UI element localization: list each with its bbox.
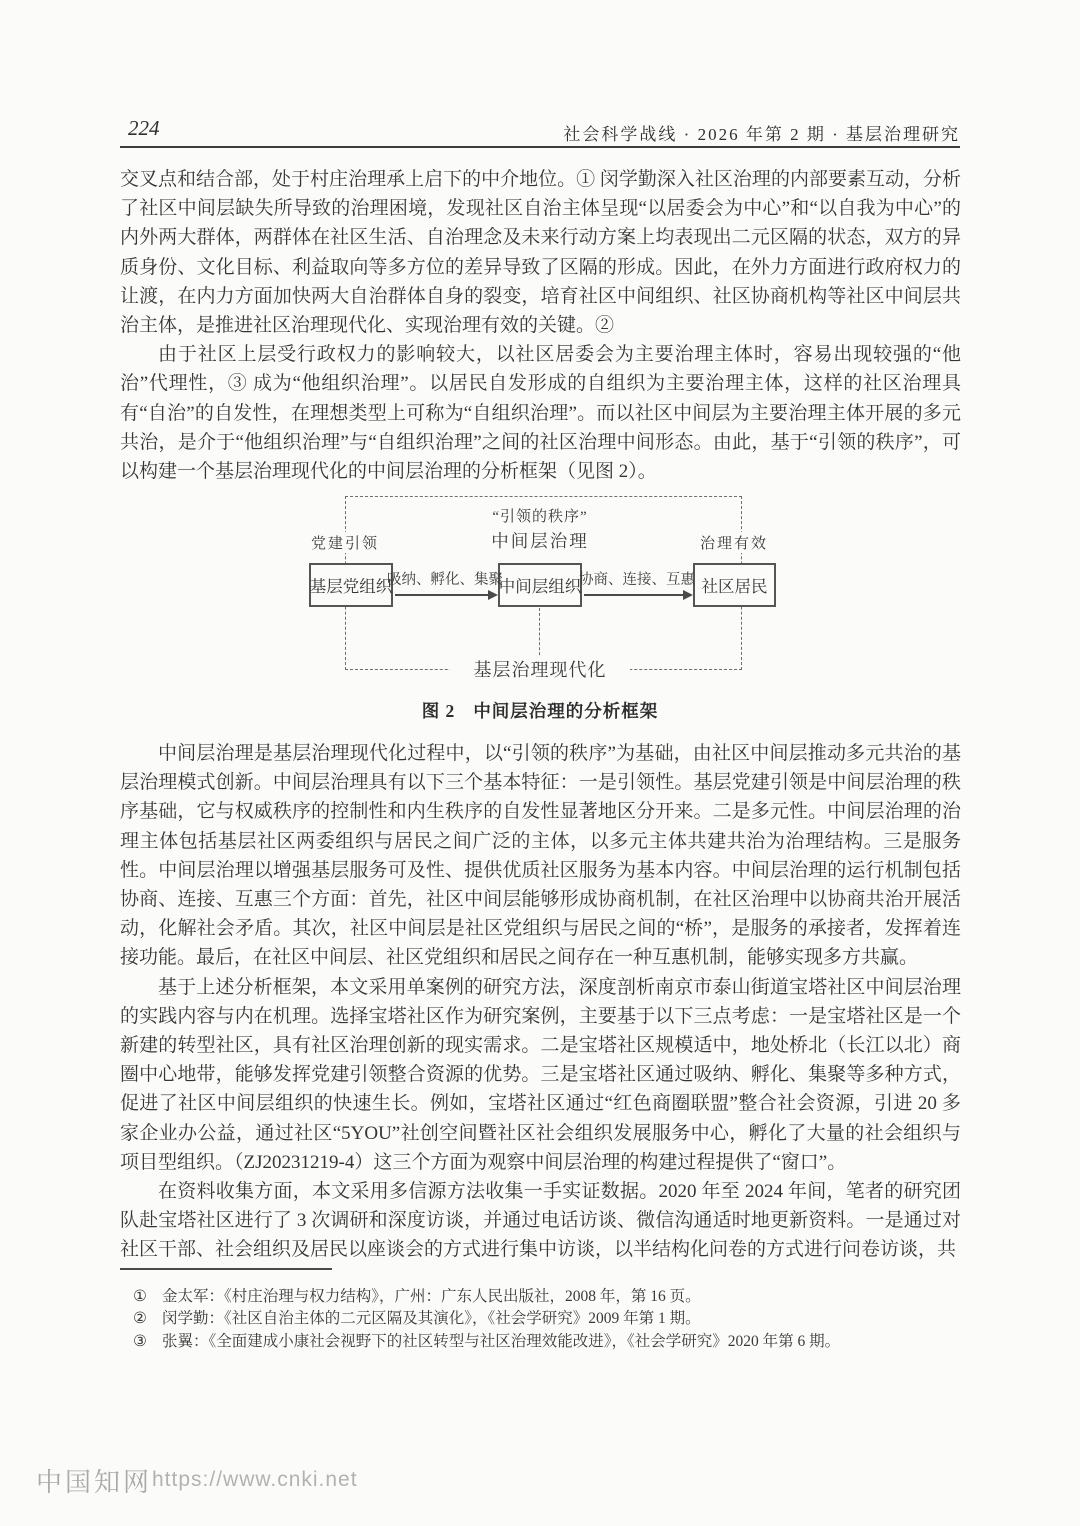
footnote-marker: ③	[133, 1331, 147, 1353]
figure-arrow-1	[395, 594, 489, 596]
footnote-divider	[120, 1268, 332, 1270]
footnote-text: 闵学勤：《社区自治主体的二元区隔及其演化》，《社会学研究》2009 年第 1 期…	[162, 1310, 701, 1327]
figure-arrow-2	[584, 594, 684, 596]
arrowhead-right-icon	[683, 590, 693, 600]
paper-page: 224 社会科学战线 · 2026 年第 2 期 · 基层治理研究 交叉点和结合…	[0, 0, 1080, 1526]
figure-arrow2-label: 协商、连接、互惠	[557, 568, 717, 589]
figure-arrow1-label: 吸纳、孵化、集聚	[365, 568, 525, 589]
footnote-text: 张翼：《全面建成小康社会视野下的社区转型与社区治理效能改进》，《社会学研究》20…	[162, 1333, 840, 1350]
body-paragraph-1: 交叉点和结合部，处于村庄治理承上启下的中介地位。① 闵学勤深入社区治理的内部要素…	[120, 165, 961, 340]
footnote-marker: ②	[133, 1308, 147, 1330]
body-paragraph-2: 由于社区上层受行政权力的影响较大，以社区居委会为主要治理主体时，容易出现较强的“…	[120, 340, 961, 486]
figure-center-dashed-line	[539, 608, 540, 660]
paragraph-block-bottom: 中间层治理是基层治理现代化过程中，以“引领的秩序”为基础，由社区中间层推动多元共…	[120, 739, 961, 1268]
body-paragraph-3: 中间层治理是基层治理现代化过程中，以“引领的秩序”为基础，由社区中间层推动多元共…	[120, 739, 961, 973]
page-number: 224	[128, 116, 160, 141]
arrowhead-right-icon	[488, 590, 498, 600]
header-rule	[120, 146, 960, 148]
figure-caption-title: 中间层治理的分析框架	[473, 701, 658, 721]
body-paragraph-5: 在资料收集方面，本文采用多信源方法收集一手实证数据。2020 年至 2024 年…	[120, 1177, 961, 1265]
footnote-item: ① 金太军：《村庄治理与权力结构》，广州：广东人民出版社，2008 年，第 16…	[120, 1286, 960, 1308]
journal-header: 社会科学战线 · 2026 年第 2 期 · 基层治理研究	[563, 120, 960, 145]
figure-label-middle-governance: 中间层治理	[450, 528, 630, 553]
footnote-text: 金太军：《村庄治理与权力结构》，广州：广东人民出版社，2008 年，第 16 页…	[162, 1288, 701, 1305]
body-paragraph-4: 基于上述分析框架，本文采用单案例的研究方法，深度剖析南京市泰山街道宝塔社区中间层…	[120, 973, 961, 1177]
footnote-item: ③ 张翼：《全面建成小康社会视野下的社区转型与社区治理效能改进》，《社会学研究》…	[120, 1331, 960, 1353]
footnote-list: ① 金太军：《村庄治理与权力结构》，广州：广东人民出版社，2008 年，第 16…	[120, 1286, 960, 1353]
figure-bottom-label: 基层治理现代化	[450, 656, 630, 682]
paragraph-block-top: 交叉点和结合部，处于村庄治理承上启下的中介地位。① 闵学勤深入社区治理的内部要素…	[120, 165, 961, 491]
watermark-cnki-logo: 中国知网	[36, 1462, 152, 1499]
footnotes-section: ① 金太军：《村庄治理与权力结构》，广州：广东人民出版社，2008 年，第 16…	[120, 1268, 960, 1353]
footnote-item: ② 闵学勤：《社区自治主体的二元区隔及其演化》，《社会学研究》2009 年第 1…	[120, 1308, 960, 1330]
figure-top-label: “引领的秩序”	[120, 505, 960, 526]
figure-caption-number: 图 2	[422, 701, 456, 721]
figure-label-effective-governance: 治理有效	[664, 532, 804, 553]
figure-diagram: “引领的秩序” 党建引领 中间层治理 治理有效 基层党组织 中间层组织 社区居民…	[120, 480, 960, 692]
figure-label-party-leading: 党建引领	[275, 532, 415, 553]
footnote-marker: ①	[133, 1286, 147, 1308]
figure-caption: 图 2中间层治理的分析框架	[120, 698, 960, 723]
watermark-cnki-url: https://www.cnki.net	[152, 1468, 358, 1492]
